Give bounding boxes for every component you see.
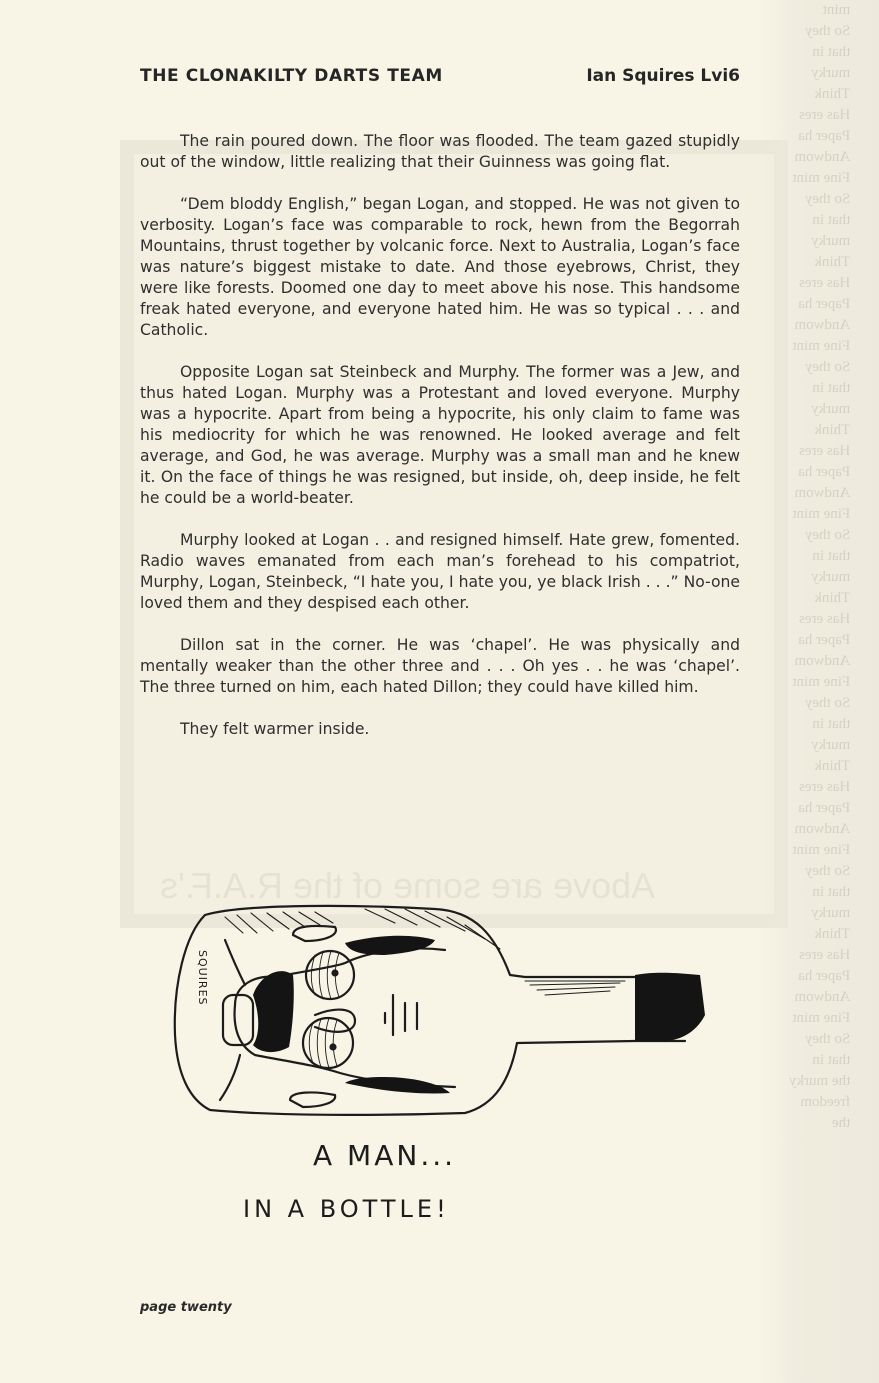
paragraph: Opposite Logan sat Steinbeck and Murphy.…	[140, 362, 740, 509]
paragraph: Dillon sat in the corner. He was ‘chapel…	[140, 635, 740, 698]
illustration-caption-line2: IN A BOTTLE!	[243, 1195, 450, 1223]
man-in-bottle-illustration: SQUIRES A MAN... IN A BOTTLE!	[165, 895, 710, 1235]
article-body: The rain poured down. The floor was floo…	[140, 131, 740, 761]
article-title: THE CLONAKILTY DARTS TEAM	[140, 66, 443, 86]
bleed-through-margin-text: mint So they that in murky Think Has ere…	[789, 0, 850, 1134]
article-header: THE CLONAKILTY DARTS TEAM Ian Squires Lv…	[140, 66, 740, 86]
artist-signature: SQUIRES	[196, 950, 209, 1006]
paragraph: “Dem bloddy English,” began Logan, and s…	[140, 194, 740, 341]
article-author: Ian Squires Lvi6	[586, 66, 740, 86]
paragraph: The rain poured down. The floor was floo…	[140, 131, 740, 173]
illustration-caption-line1: A MAN...	[313, 1139, 456, 1172]
paragraph: They felt warmer inside.	[140, 719, 740, 740]
paragraph: Murphy looked at Logan . . and resigned …	[140, 530, 740, 614]
right-page-edge: mint So they that in murky Think Has ere…	[759, 0, 879, 1383]
page-number: page twenty	[140, 1300, 232, 1315]
